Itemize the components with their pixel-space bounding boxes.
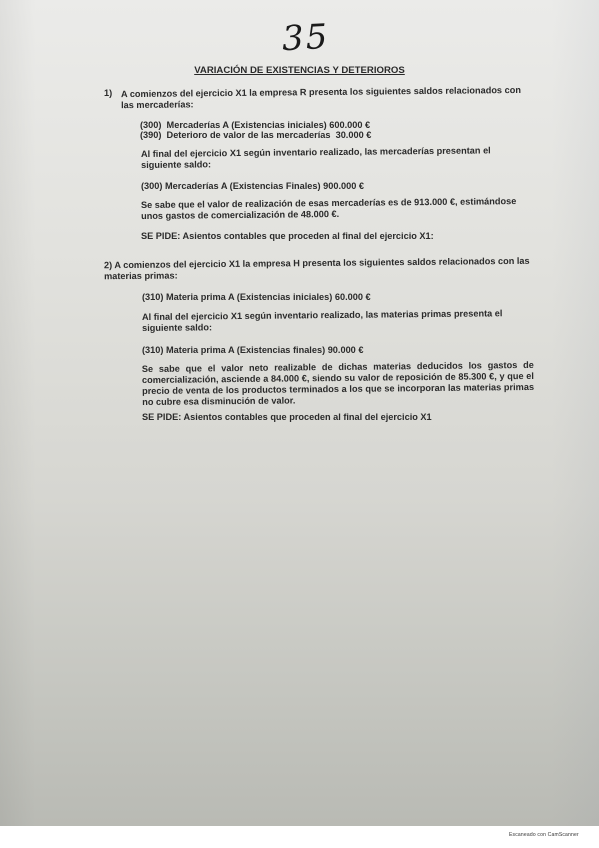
handwritten-page-number: 35	[281, 17, 330, 59]
exercise-1-number: 1)	[104, 88, 112, 99]
exercise-2-nrv-text: Se sabe que el valor neto realizable de …	[142, 360, 534, 408]
exercise-1-realization-text: Se sabe que el valor de realización de e…	[141, 196, 533, 222]
title-text: VARIACIÓN DE EXISTENCIAS Y DETERIOROS	[194, 65, 405, 76]
exercise-1-intro: A comienzos del ejercicio X1 la empresa …	[121, 85, 531, 111]
exercise-1-final-balance: (300) Mercaderías A (Existencias Finales…	[141, 181, 521, 192]
exercise-2-request: SE PIDE: Asientos contables que proceden…	[142, 412, 522, 423]
exercise-1-request: SE PIDE: Asientos contables que proceden…	[141, 231, 521, 242]
document-title: VARIACIÓN DE EXISTENCIAS Y DETERIOROS	[0, 65, 599, 76]
exercise-1-balance-300: (300) Mercaderías A (Existencias inicial…	[140, 120, 440, 131]
exercise-2-initial-balance: (310) Materia prima A (Existencias inici…	[142, 292, 522, 303]
exercise-1-balance-390: (390) Deterioro de valor de las mercader…	[140, 130, 440, 141]
exercise-2-final-balance: (310) Materia prima A (Existencias final…	[142, 345, 522, 356]
exercise-2-intro: 2) A comienzos del ejercicio X1 la empre…	[104, 256, 534, 283]
exercise-1-inventory-text: Al final del ejercicio X1 según inventar…	[141, 145, 531, 171]
exercise-2-inventory-text: Al final del ejercicio X1 según inventar…	[142, 308, 534, 334]
scanner-watermark: Escaneado con CamScanner	[509, 832, 579, 838]
scanned-page: 35 VARIACIÓN DE EXISTENCIAS Y DETERIOROS…	[0, 0, 599, 826]
